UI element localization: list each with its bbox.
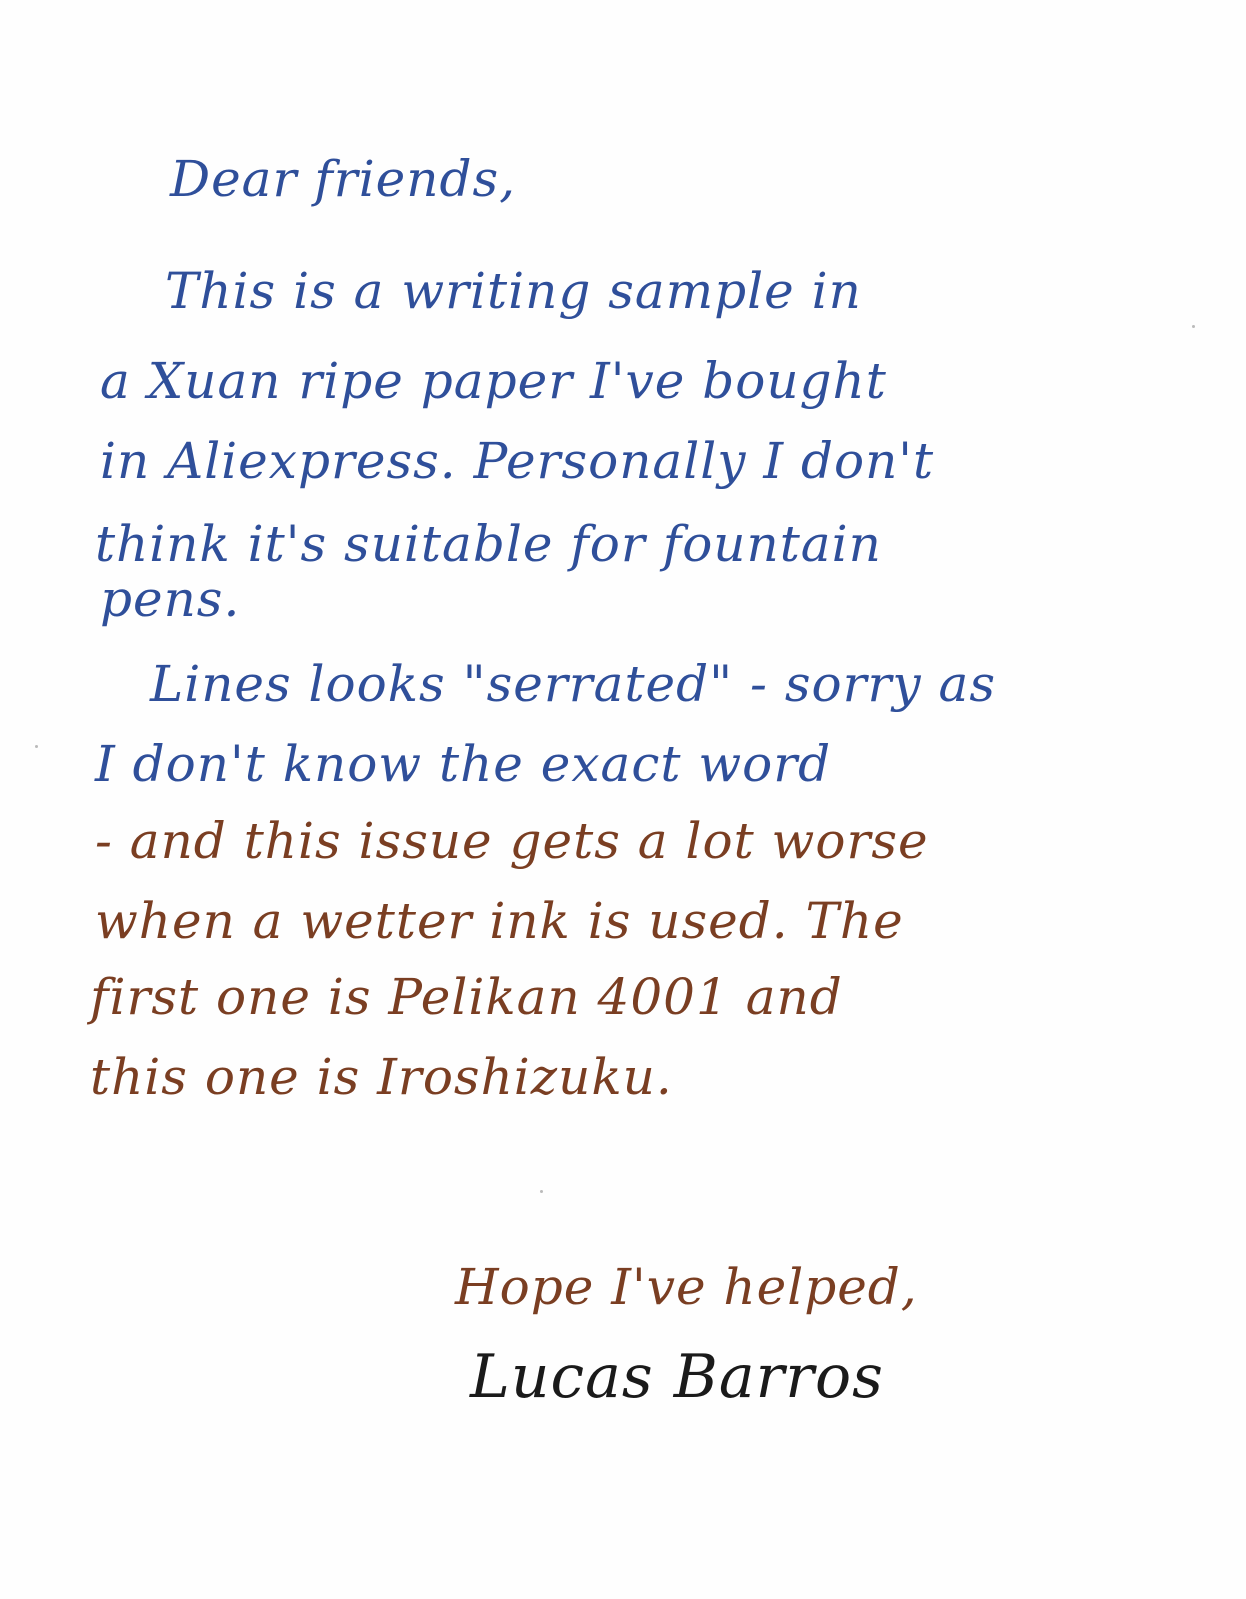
body-line: Lines looks "serrated" - sorry as: [150, 655, 996, 713]
paper-speck: [1192, 325, 1195, 328]
body-line: when a wetter ink is used. The: [95, 892, 904, 950]
body-line: think it's suitable for fountain: [95, 515, 882, 573]
signature: Lucas Barros: [470, 1342, 884, 1412]
body-line: I don't know the exact word: [95, 735, 831, 793]
body-line: - and this issue gets a lot worse: [95, 812, 929, 870]
letter-page: Dear friends, This is a writing sample i…: [0, 0, 1246, 1599]
body-line: in Aliexpress. Personally I don't: [100, 432, 934, 490]
body-line: pens.: [100, 570, 240, 628]
paper-speck: [35, 745, 38, 748]
body-line: a Xuan ripe paper I've bought: [100, 352, 887, 410]
paper-speck: [540, 1190, 543, 1193]
body-line: this one is Iroshizuku.: [90, 1048, 673, 1106]
body-line: first one is Pelikan 4001 and: [90, 968, 843, 1026]
greeting: Dear friends,: [170, 150, 516, 208]
body-line: This is a writing sample in: [165, 262, 862, 320]
closing: Hope I've helped,: [455, 1258, 918, 1316]
